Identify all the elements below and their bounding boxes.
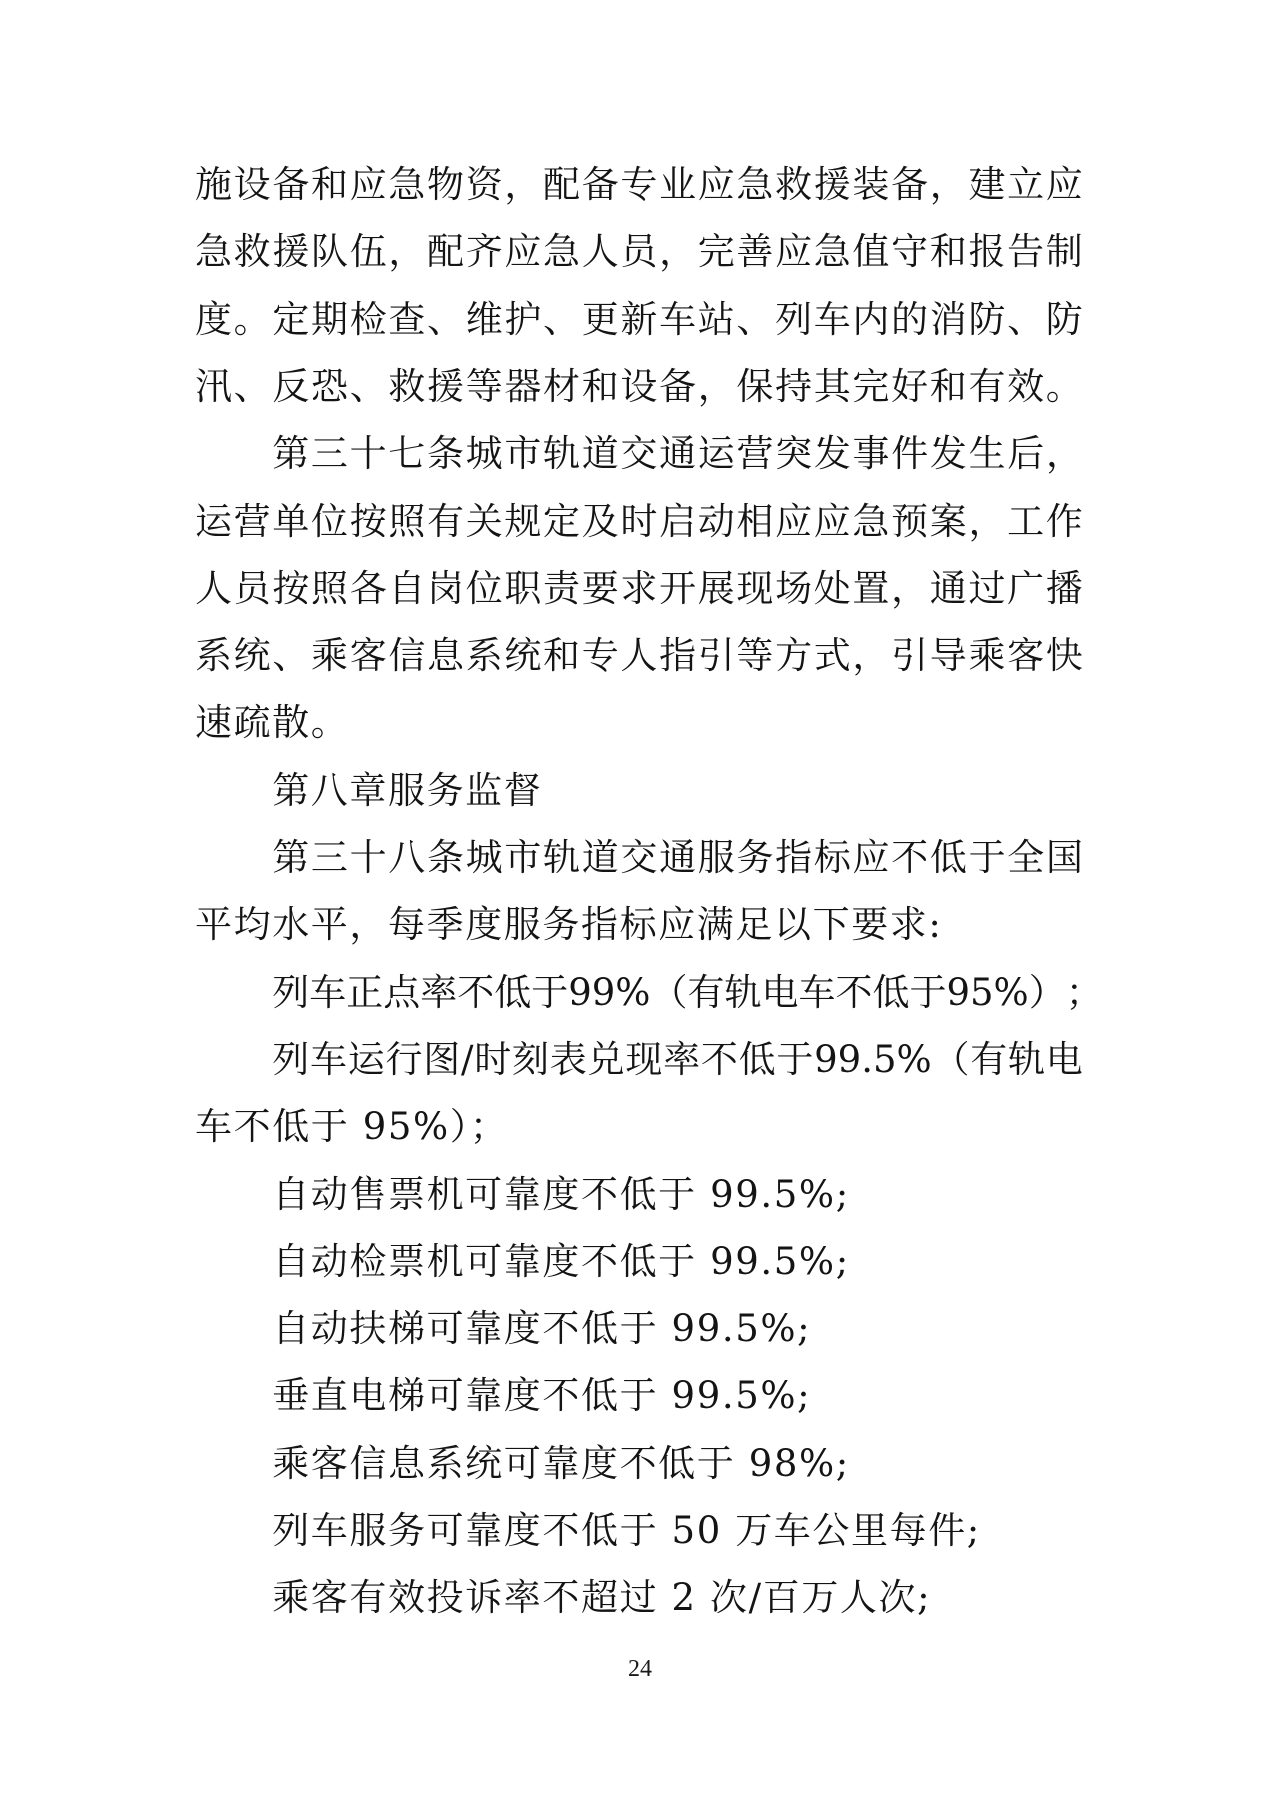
text-line: 第三十七条城市轨道交通运营突发事件发生后， [272,432,1083,476]
text-line: 平均水平，每季度服务指标应满足以下要求: [195,903,942,947]
text-line: 汛、反恐、救援等器材和设备，保持其完好和有效。 [195,365,1083,409]
page-number: 24 [0,1656,1280,1683]
text-line: 施设备和应急物资，配备专业应急救援装备，建立应 [195,163,1083,207]
text-line: 自动检票机可靠度不低于 99.5%; [272,1240,850,1284]
text-line: 自动售票机可靠度不低于 99.5%; [272,1173,850,1217]
text-line: 第三十八条城市轨道交通服务指标应不低于全国 [272,836,1083,880]
text-line: 垂直电梯可靠度不低于 99.5%; [272,1374,811,1418]
text-line: 急救援队伍，配齐应急人员，完善应急值守和报告制 [195,230,1083,274]
text-line: 乘客有效投诉率不超过 2 次/百万人次; [272,1576,931,1620]
text-line: 人员按照各自岗位职责要求开展现场处置，通过广播 [195,567,1083,611]
text-line: 列车服务可靠度不低于 50 万车公里每件; [272,1509,981,1553]
text-line: 运营单位按照有关规定及时启动相应应急预案，工作 [195,500,1083,544]
document-page: 施设备和应急物资，配备专业应急救援装备，建立应急救援队伍，配齐应急人员，完善应急… [0,0,1280,1810]
text-line: 自动扶梯可靠度不低于 99.5%; [272,1307,811,1351]
text-line: 系统、乘客信息系统和专人指引等方式，引导乘客快 [195,634,1083,678]
text-line: 列车运行图/时刻表兑现率不低于99.5%（有轨电 [272,1038,1083,1082]
text-line: 列车正点率不低于99%（有轨电车不低于95%）； [272,971,1083,1015]
text-line: 乘客信息系统可靠度不低于 98%; [272,1442,850,1486]
text-line: 度。定期检查、维护、更新车站、列车内的消防、防 [195,298,1083,342]
text-line: 速疏散。 [195,701,349,745]
text-line: 第八章服务监督 [272,769,542,813]
text-line: 车不低于 95%）； [195,1105,509,1149]
